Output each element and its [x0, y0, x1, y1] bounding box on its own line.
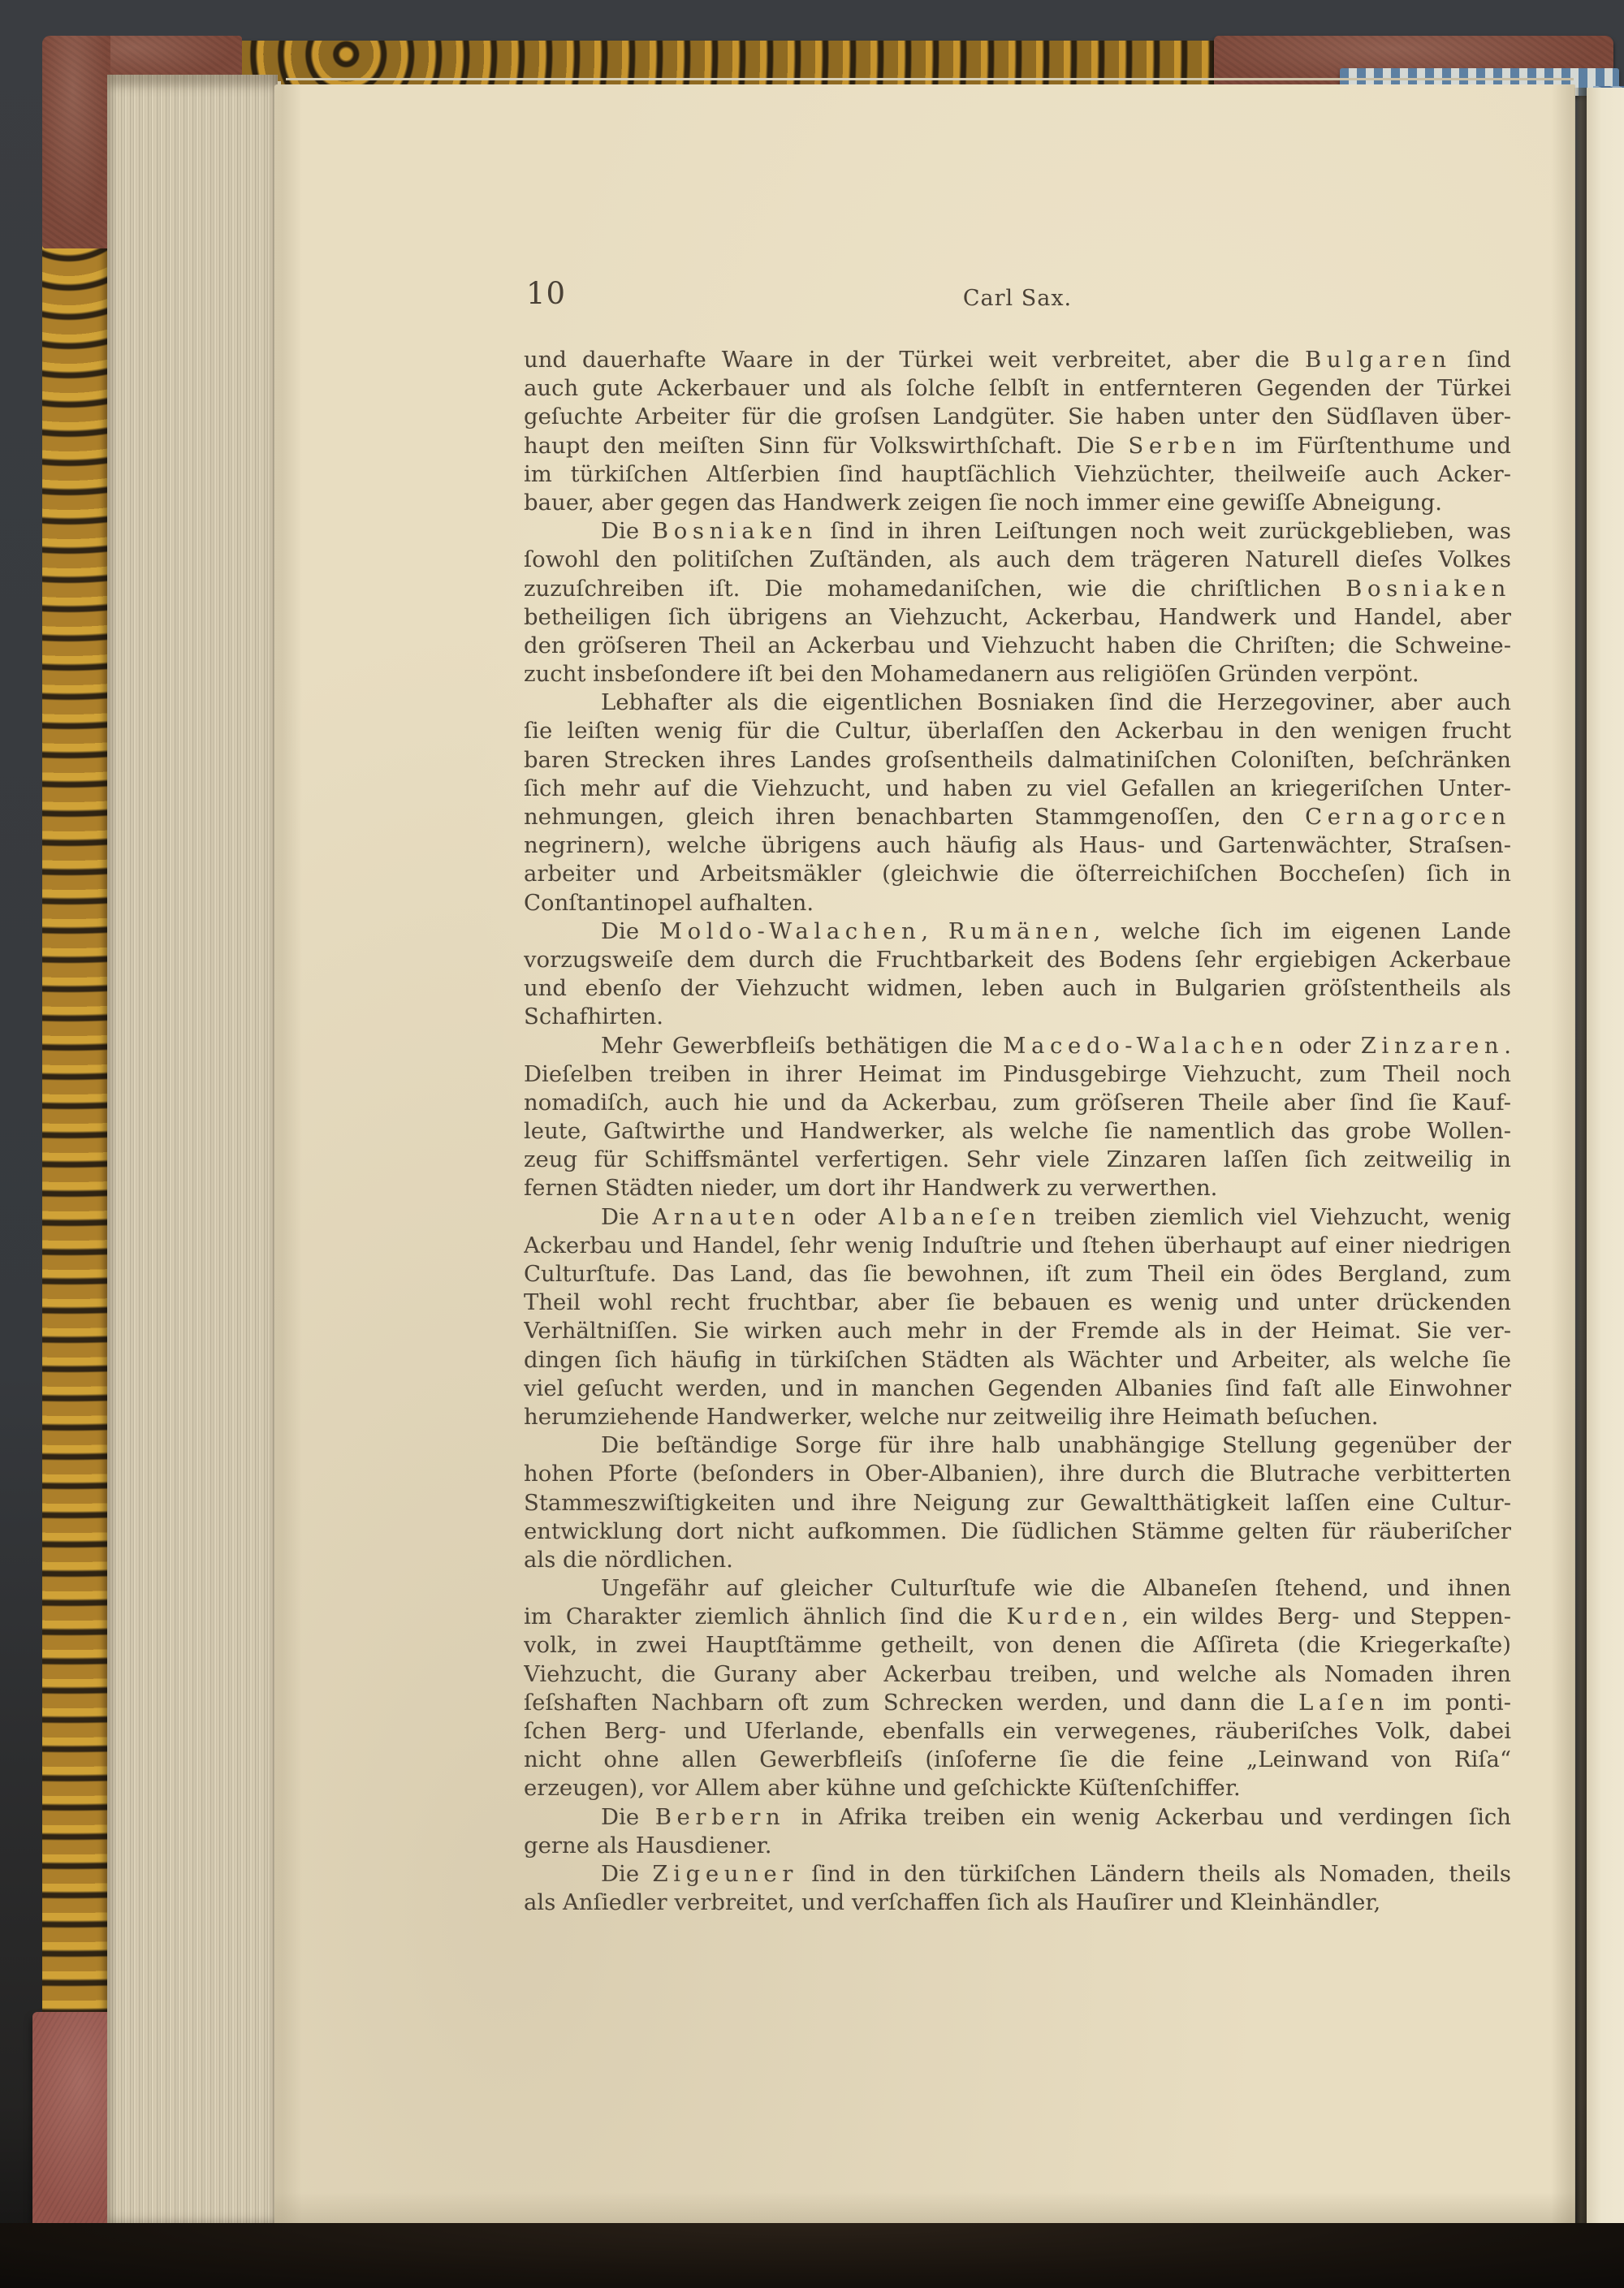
text-line: als Anſiedler verbreitet, und verſchaffe…: [524, 1889, 1511, 1917]
text-line: negrinern), welche übrigens auch häufig …: [524, 831, 1511, 860]
facing-page-sliver: [1587, 88, 1624, 2228]
text-line: Die Moldo-Walachen, Rumänen, welche ſich…: [524, 917, 1511, 946]
letterspaced-name: Zigeuner: [653, 1861, 798, 1887]
text-line: viel geſucht werden, und in manchen Gege…: [524, 1375, 1511, 1403]
under-page-edge: [286, 78, 1574, 80]
gutter-shadow: [1574, 88, 1587, 2228]
text-line: im türkiſchen Altſerbien ſind hauptſächl…: [524, 460, 1511, 489]
text-line: Die Arnauten oder Albaneſen treiben ziem…: [524, 1203, 1511, 1232]
running-header: Carl Sax.: [524, 286, 1511, 311]
text-line: Dieſelben treiben in ihrer Heimat im Pin…: [524, 1060, 1511, 1089]
text-line: Die Berbern in Afrika treiben ein wenig …: [524, 1803, 1511, 1832]
text-line: nehmungen, gleich ihren benachbarten Sta…: [524, 803, 1511, 831]
text-line: und ebenſo der Viehzucht widmen, leben a…: [524, 974, 1511, 1003]
letterspaced-name: Macedo-Walachen: [1003, 1033, 1289, 1059]
bottom-shadow: [0, 2223, 1624, 2288]
text-line: ſchen Berg- und Uferlande, ebenfalls ein…: [524, 1717, 1511, 1746]
text-line: und dauerhafte Waare in der Türkei weit …: [524, 346, 1511, 374]
text-line: volk, in zwei Hauptſtämme getheilt, von …: [524, 1631, 1511, 1660]
text-line: Stammeszwiſtigkeiten und ihre Neigung zu…: [524, 1489, 1511, 1517]
text-line: zuzuſchreiben iſt. Die mohamedaniſchen, …: [524, 575, 1511, 603]
body-text: und dauerhafte Waare in der Türkei weit …: [524, 346, 1511, 1917]
text-line: vorzugsweiſe dem durch die Fruchtbarkeit…: [524, 946, 1511, 974]
text-line: ſie leiſten wenig für die Cultur, überla…: [524, 717, 1511, 745]
text-line: auch gute Ackerbauer und als ſolche ſelb…: [524, 374, 1511, 403]
text-line: ſich mehr auf die Viehzucht, und haben z…: [524, 775, 1511, 803]
text-line: Viehzucht, die Gurany aber Ackerbau trei…: [524, 1660, 1511, 1689]
letterspaced-name: Arnauten: [652, 1204, 801, 1230]
text-line: Die Bosniaken ſind in ihren Leiſtungen n…: [524, 517, 1511, 546]
left-marbled-cover-edge: [42, 71, 109, 2020]
text-line: geſuchte Arbeiter für die groſsen Landgü…: [524, 403, 1511, 431]
text-line: ſowohl den politiſchen Zuſtänden, als au…: [524, 546, 1511, 574]
letterspaced-name: Zinzaren: [1361, 1033, 1504, 1059]
text-line: herumziehende Handwerker, welche nur zei…: [524, 1403, 1511, 1431]
text-line: Theil wohl recht fruchtbar, aber ſie beb…: [524, 1289, 1511, 1317]
text-line: Ungefähr auf gleicher Culturſtufe wie di…: [524, 1574, 1511, 1603]
text-line: arbeiter und Arbeitsmäkler (gleichwie di…: [524, 860, 1511, 888]
text-line: Ackerbau und Handel, ſehr wenig Induſtri…: [524, 1232, 1511, 1260]
text-line: haupt den meiſten Sinn für Volkswirthſch…: [524, 432, 1511, 460]
letterspaced-name: Bulgaren: [1305, 347, 1452, 373]
text-line: fernen Städten nieder, um dort ihr Handw…: [524, 1174, 1511, 1202]
text-line: Lebhafter als die eigentlichen Bosniaken…: [524, 689, 1511, 717]
text-line: gerne als Hausdiener.: [524, 1832, 1511, 1860]
text-line: im Charakter ziemlich ähnlich ſind die K…: [524, 1603, 1511, 1631]
text-line: Conſtantinopel aufhalten.: [524, 889, 1511, 917]
text-line: Schafhirten.: [524, 1003, 1511, 1031]
text-line: Die beſtändige Sorge für ihre halb unabh…: [524, 1431, 1511, 1460]
letterspaced-name: Kurden: [1006, 1604, 1121, 1630]
letterspaced-name: Cernagorcen: [1305, 804, 1511, 830]
fanned-page-edges: [107, 75, 278, 2236]
letterspaced-name: Rumänen: [948, 918, 1094, 944]
text-line: entwicklung dort nicht aufkommen. Die ſü…: [524, 1517, 1511, 1546]
text-line: erzeugen), vor Allem aber kühne und geſc…: [524, 1774, 1511, 1802]
text-line: ſeſshaften Nachbarn oft zum Schrecken we…: [524, 1689, 1511, 1717]
text-line: baren Strecken ihres Landes groſsentheil…: [524, 746, 1511, 775]
text-line: den gröſseren Theil an Ackerbau und Vieh…: [524, 632, 1511, 660]
text-line: zucht insbeſondere iſt bei den Mohamedan…: [524, 660, 1511, 689]
text-line: Culturſtufe. Das Land, das ſie bewohnen,…: [524, 1260, 1511, 1289]
text-line: leute, Gaſtwirthe und Handwerker, als we…: [524, 1117, 1511, 1146]
text-line: bauer, aber gegen das Handwerk zeigen ſi…: [524, 489, 1511, 517]
text-line: betheiligen ſich übrigens an Viehzucht, …: [524, 603, 1511, 632]
letterspaced-name: Berbern: [655, 1804, 786, 1830]
text-line: als die nördlichen.: [524, 1546, 1511, 1574]
text-line: nicht ohne allen Gewerbfleiſs (inſoferne…: [524, 1746, 1511, 1774]
text-line: nomadiſch, auch hie und da Ackerbau, zum…: [524, 1089, 1511, 1117]
text-line: zeug für Schiffsmäntel verfertigen. Sehr…: [524, 1146, 1511, 1174]
text-line: dingen ſich häufig in türkiſchen Städten…: [524, 1346, 1511, 1375]
text-line: Mehr Gewerbfleiſs bethätigen die Macedo-…: [524, 1032, 1511, 1060]
top-left-leather-corner-side: [42, 36, 110, 248]
letterspaced-name: Laſen: [1298, 1690, 1389, 1716]
letterspaced-name: Serben: [1128, 433, 1241, 459]
text-line: hohen Pforte (beſonders in Ober-Albanien…: [524, 1460, 1511, 1488]
text-line: Die Zigeuner ſind in den türkiſchen Länd…: [524, 1860, 1511, 1889]
book-photo: 10 Carl Sax. und dauerhafte Waare in der…: [0, 0, 1624, 2288]
text-line: Verhältniſſen. Sie wirken auch mehr in d…: [524, 1317, 1511, 1345]
letterspaced-name: Albaneſen: [879, 1204, 1041, 1230]
letterspaced-name: Bosniaken: [652, 518, 818, 544]
letterspaced-name: Moldo-Walachen: [659, 918, 921, 944]
letterspaced-name: Bosniaken: [1345, 576, 1511, 602]
